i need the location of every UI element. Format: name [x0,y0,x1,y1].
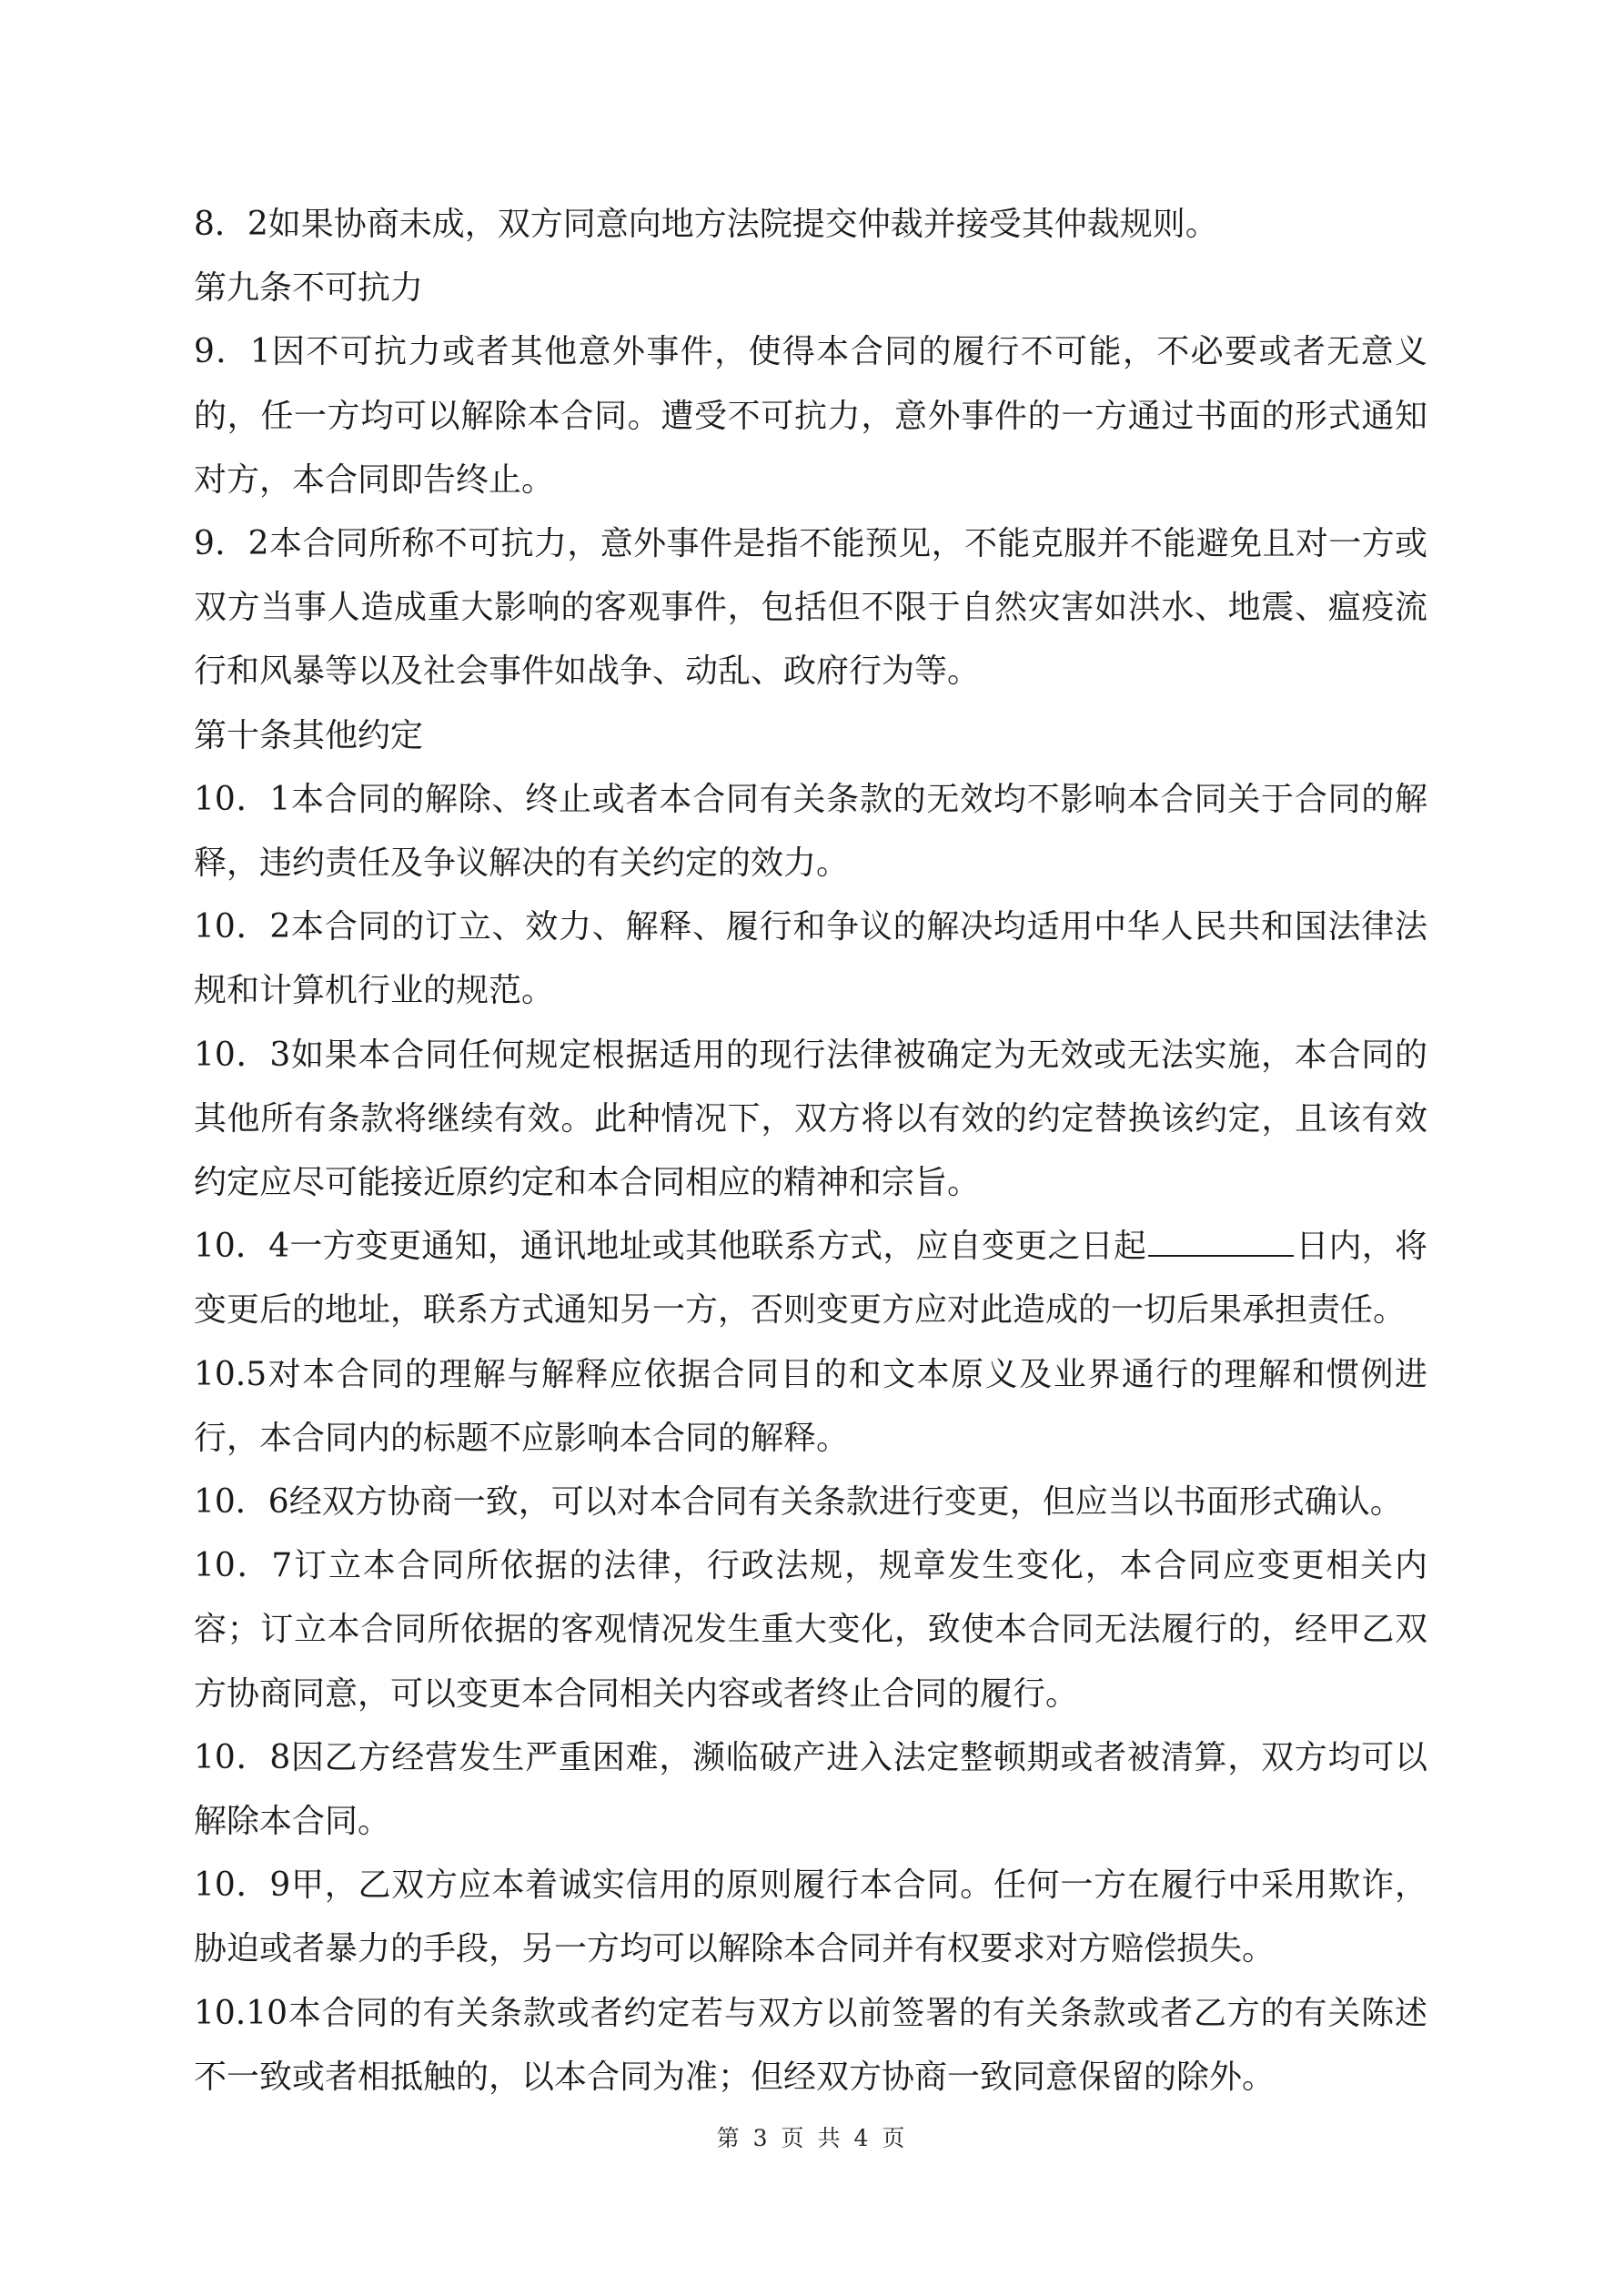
clause-10-1: 10．1本合同的解除、终止或者本合同有关条款的无效均不影响本合同关于合同的解释，… [194,768,1427,895]
clause-10-3: 10．3如果本合同任何规定根据适用的现行法律被确定为无效或无法实施，本合同的其他… [194,1024,1427,1216]
clause-10-6: 10．6经双方协商一致，可以对本合同有关条款进行变更，但应当以书面形式确认。 [194,1471,1427,1534]
footer-total-word: 共 [818,2125,843,2151]
clause-10-4-text-before: 10．4一方变更通知，通讯地址或其他联系方式，应自变更之日起 [194,1228,1146,1265]
article-10-heading: 第十条其他约定 [194,704,1427,768]
total-pages-number: 4 [854,2125,872,2151]
days-blank-field[interactable] [1148,1229,1294,1257]
document-body: 8．2如果协商未成，双方同意向地方法院提交仲裁并接受其仲裁规则。 第九条不可抗力… [194,193,1427,2109]
footer-page-word: 页 [781,2125,806,2151]
clause-10-5: 10.5对本合同的理解与解释应依据合同目的和文本原义及业界通行的理解和惯例进行，… [194,1343,1427,1471]
clause-9-2: 9．2本合同所称不可抗力，意外事件是指不能预见，不能克服并不能避免且对一方或双方… [194,512,1427,704]
page-footer: 第3页共4页 [0,2120,1624,2153]
clause-10-9: 10．9甲，乙双方应本着诚实信用的原则履行本合同。任何一方在履行中采用欺诈，胁迫… [194,1854,1427,1981]
footer-prefix: 第 [717,2125,742,2151]
document-page: 8．2如果协商未成，双方同意向地方法院提交仲裁并接受其仲裁规则。 第九条不可抗力… [0,0,1624,2296]
clause-9-1: 9．1因不可抗力或者其他意外事件，使得本合同的履行不可能，不必要或者无意义的，任… [194,320,1427,512]
current-page-number: 3 [753,2125,771,2151]
clause-10-2: 10．2本合同的订立、效力、解释、履行和争议的解决均适用中华人民共和国法律法规和… [194,895,1427,1023]
footer-suffix: 页 [882,2125,907,2151]
article-9-heading: 第九条不可抗力 [194,257,1427,320]
clause-10-8: 10．8因乙方经营发生严重困难，濒临破产进入法定整顿期或者被清算，双方均可以解除… [194,1726,1427,1854]
clause-10-4: 10．4一方变更通知，通讯地址或其他联系方式，应自变更之日起日内，将变更后的地址… [194,1215,1427,1342]
clause-8-2: 8．2如果协商未成，双方同意向地方法院提交仲裁并接受其仲裁规则。 [194,193,1427,257]
clause-10-7: 10．7订立本合同所依据的法律，行政法规，规章发生变化，本合同应变更相关内容；订… [194,1534,1427,1726]
clause-10-10: 10.10本合同的有关条款或者约定若与双方以前签署的有关条款或者乙方的有关陈述不… [194,1982,1427,2109]
